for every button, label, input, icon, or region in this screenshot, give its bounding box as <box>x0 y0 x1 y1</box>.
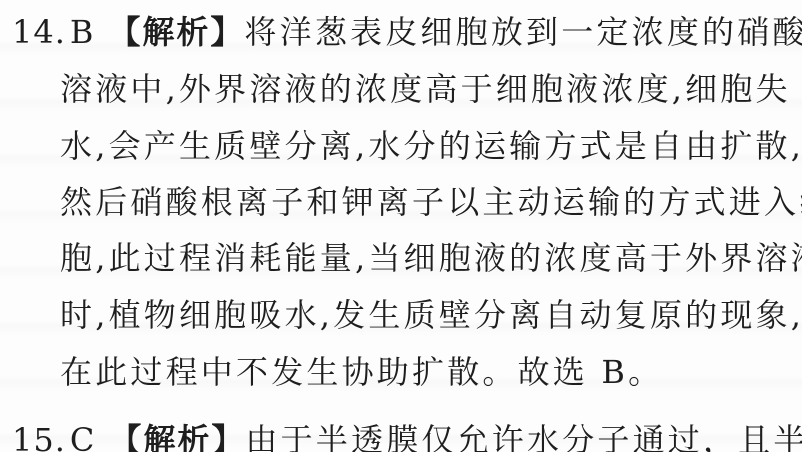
answer-choice: C <box>70 421 95 452</box>
answer-14-line-7: 在此过程中不发生协助扩散。故选 B。 <box>60 352 663 392</box>
explanation-text: 由于半透膜仅允许水分子通过，且半透 <box>245 421 802 452</box>
answer-14-line-1: 14.B【解析】将洋葱表皮细胞放到一定浓度的硝酸钾 <box>12 12 802 52</box>
analysis-tag: 【解析】 <box>109 421 245 452</box>
answer-14-line-5: 胞,此过程消耗能量,当细胞液的浓度高于外界溶液 <box>60 238 802 278</box>
answer-14-line-3: 水,会产生质壁分离,水分的运输方式是自由扩散, <box>60 126 802 166</box>
answer-14-line-4: 然后硝酸根离子和钾离子以主动运输的方式进入细 <box>60 182 802 222</box>
answer-15-line-1: 15.C【解析】由于半透膜仅允许水分子通过，且半透 <box>12 420 802 452</box>
question-number: 15. <box>12 421 66 452</box>
answer-choice: B <box>70 13 95 51</box>
answer-14-line-2: 溶液中,外界溶液的浓度高于细胞液浓度,细胞失 <box>60 69 791 109</box>
analysis-tag: 【解析】 <box>108 13 244 51</box>
question-number: 14. <box>12 13 66 51</box>
document-page: 14.B【解析】将洋葱表皮细胞放到一定浓度的硝酸钾 溶液中,外界溶液的浓度高于细… <box>0 0 802 452</box>
answer-14-line-6: 时,植物细胞吸水,发生质壁分离自动复原的现象, <box>60 295 802 335</box>
explanation-text: 将洋葱表皮细胞放到一定浓度的硝酸钾 <box>244 13 802 51</box>
